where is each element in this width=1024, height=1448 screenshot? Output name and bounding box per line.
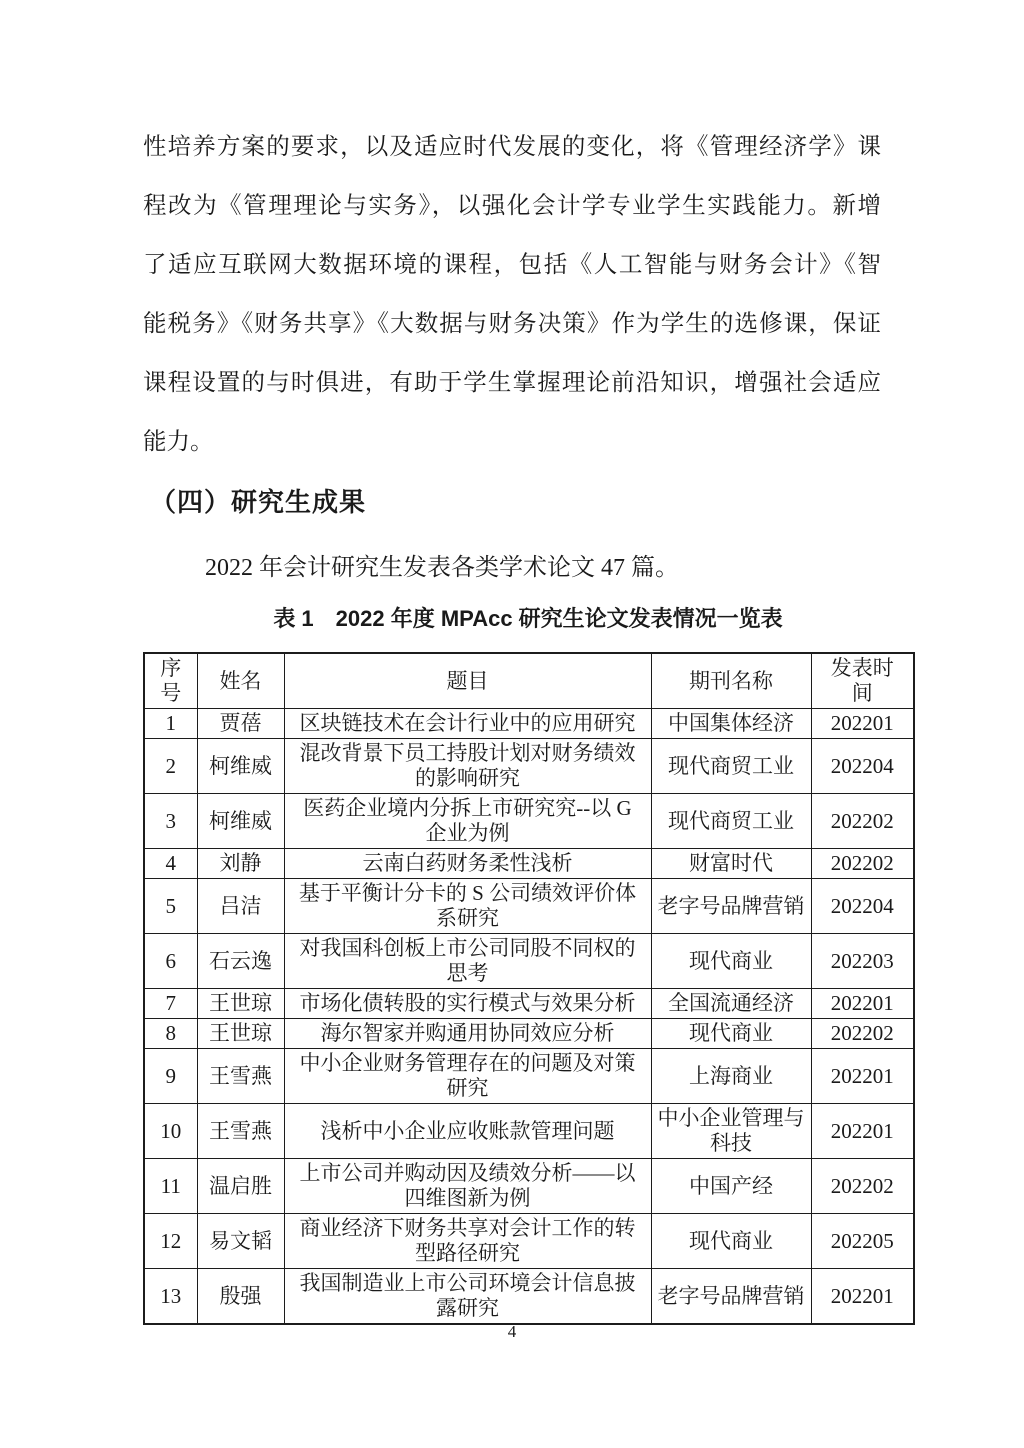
table-row: 12 易文韬 商业经济下财务共享对会计工作的转型路径研究 现代商业 202205 — [144, 1214, 914, 1269]
cell-journal: 现代商业 — [651, 934, 811, 989]
header-publish-date: 发表时间 — [811, 653, 914, 709]
table-row: 6 石云逸 对我国科创板上市公司同股不同权的思考 现代商业 202203 — [144, 934, 914, 989]
cell-title: 医药企业境内分拆上市研究究--以 G 企业为例 — [284, 794, 651, 849]
table-header-row: 序号 姓名 题目 期刊名称 发表时间 — [144, 653, 914, 709]
cell-name: 王世琼 — [197, 1019, 284, 1049]
cell-publish-date: 202201 — [811, 1104, 914, 1159]
cell-journal: 财富时代 — [651, 849, 811, 879]
cell-name: 王雪燕 — [197, 1104, 284, 1159]
body-line: 性培养方案的要求，以及适应时代发展的变化，将《管理经济学》课 — [143, 118, 881, 177]
table-row: 11 温启胜 上市公司并购动因及绩效分析——以四维图新为例 中国产经 20220… — [144, 1159, 914, 1214]
cell-publish-date: 202202 — [811, 794, 914, 849]
table-row: 9 王雪燕 中小企业财务管理存在的问题及对策研究 上海商业 202201 — [144, 1049, 914, 1104]
cell-title: 我国制造业上市公司环境会计信息披露研究 — [284, 1269, 651, 1325]
table-row: 8 王世琼 海尔智家并购通用协同效应分析 现代商业 202202 — [144, 1019, 914, 1049]
cell-journal: 中国集体经济 — [651, 709, 811, 739]
header-serial-number: 序号 — [144, 653, 197, 709]
cell-journal: 老字号品牌营销 — [651, 1269, 811, 1325]
cell-name: 王世琼 — [197, 989, 284, 1019]
section-heading: （四）研究生成果 — [150, 486, 366, 520]
cell-publish-date: 202201 — [811, 709, 914, 739]
cell-publish-date: 202201 — [811, 1049, 914, 1104]
cell-serial-number: 10 — [144, 1104, 197, 1159]
cell-serial-number: 5 — [144, 879, 197, 934]
cell-title: 商业经济下财务共享对会计工作的转型路径研究 — [284, 1214, 651, 1269]
table-row: 13 殷强 我国制造业上市公司环境会计信息披露研究 老字号品牌营销 202201 — [144, 1269, 914, 1325]
header-title: 题目 — [284, 653, 651, 709]
body-line: 了适应互联网大数据环境的课程，包括《人工智能与财务会计》《智 — [143, 236, 881, 295]
summary-paragraph: 2022 年会计研究生发表各类学术论文 47 篇。 — [205, 552, 679, 584]
cell-name: 刘静 — [197, 849, 284, 879]
cell-title: 对我国科创板上市公司同股不同权的思考 — [284, 934, 651, 989]
cell-title: 混改背景下员工持股计划对财务绩效的影响研究 — [284, 739, 651, 794]
cell-title: 区块链技术在会计行业中的应用研究 — [284, 709, 651, 739]
cell-publish-date: 202204 — [811, 879, 914, 934]
cell-journal: 全国流通经济 — [651, 989, 811, 1019]
cell-title: 云南白药财务柔性浅析 — [284, 849, 651, 879]
cell-publish-date: 202205 — [811, 1214, 914, 1269]
cell-publish-date: 202204 — [811, 739, 914, 794]
table-row: 3 柯维威 医药企业境内分拆上市研究究--以 G 企业为例 现代商贸工业 202… — [144, 794, 914, 849]
cell-name: 易文韬 — [197, 1214, 284, 1269]
cell-journal: 现代商业 — [651, 1019, 811, 1049]
table-row: 10 王雪燕 浅析中小企业应收账款管理问题 中小企业管理与科技 202201 — [144, 1104, 914, 1159]
cell-journal: 现代商贸工业 — [651, 739, 811, 794]
table-row: 1 贾蓓 区块链技术在会计行业中的应用研究 中国集体经济 202201 — [144, 709, 914, 739]
document-page: 性培养方案的要求，以及适应时代发展的变化，将《管理经济学》课 程改为《管理理论与… — [0, 0, 1024, 1448]
table-row: 2 柯维威 混改背景下员工持股计划对财务绩效的影响研究 现代商贸工业 20220… — [144, 739, 914, 794]
body-line: 能税务》《财务共享》《大数据与财务决策》作为学生的选修课，保证 — [143, 295, 881, 354]
cell-name: 石云逸 — [197, 934, 284, 989]
cell-publish-date: 202201 — [811, 1269, 914, 1325]
table-header: 序号 姓名 题目 期刊名称 发表时间 — [144, 653, 914, 709]
cell-publish-date: 202202 — [811, 1159, 914, 1214]
header-journal: 期刊名称 — [651, 653, 811, 709]
table-row: 4 刘静 云南白药财务柔性浅析 财富时代 202202 — [144, 849, 914, 879]
cell-serial-number: 4 — [144, 849, 197, 879]
cell-title: 市场化债转股的实行模式与效果分析 — [284, 989, 651, 1019]
cell-publish-date: 202201 — [811, 989, 914, 1019]
cell-publish-date: 202202 — [811, 849, 914, 879]
cell-serial-number: 9 — [144, 1049, 197, 1104]
body-line: 能力。 — [143, 413, 881, 472]
cell-name: 温启胜 — [197, 1159, 284, 1214]
cell-journal: 中小企业管理与科技 — [651, 1104, 811, 1159]
publications-table: 序号 姓名 题目 期刊名称 发表时间 1 贾蓓 区块链技术在会计行业中的应用研究… — [143, 652, 915, 1325]
cell-title: 中小企业财务管理存在的问题及对策研究 — [284, 1049, 651, 1104]
cell-journal: 上海商业 — [651, 1049, 811, 1104]
cell-serial-number: 1 — [144, 709, 197, 739]
cell-serial-number: 6 — [144, 934, 197, 989]
table-caption: 表 1 2022 年度 MPAcc 研究生论文发表情况一览表 — [143, 604, 913, 634]
table-row: 7 王世琼 市场化债转股的实行模式与效果分析 全国流通经济 202201 — [144, 989, 914, 1019]
cell-publish-date: 202202 — [811, 1019, 914, 1049]
cell-title: 浅析中小企业应收账款管理问题 — [284, 1104, 651, 1159]
cell-serial-number: 11 — [144, 1159, 197, 1214]
cell-serial-number: 13 — [144, 1269, 197, 1325]
cell-title: 海尔智家并购通用协同效应分析 — [284, 1019, 651, 1049]
body-line: 课程设置的与时俱进，有助于学生掌握理论前沿知识，增强社会适应 — [143, 354, 881, 413]
cell-name: 殷强 — [197, 1269, 284, 1325]
table-row: 5 吕洁 基于平衡计分卡的 S 公司绩效评价体系研究 老字号品牌营销 20220… — [144, 879, 914, 934]
cell-title: 基于平衡计分卡的 S 公司绩效评价体系研究 — [284, 879, 651, 934]
cell-name: 王雪燕 — [197, 1049, 284, 1104]
cell-serial-number: 8 — [144, 1019, 197, 1049]
cell-title: 上市公司并购动因及绩效分析——以四维图新为例 — [284, 1159, 651, 1214]
cell-journal: 老字号品牌营销 — [651, 879, 811, 934]
cell-name: 吕洁 — [197, 879, 284, 934]
cell-journal: 现代商贸工业 — [651, 794, 811, 849]
cell-name: 柯维威 — [197, 739, 284, 794]
body-line: 程改为《管理理论与实务》，以强化会计学专业学生实践能力。新增 — [143, 177, 881, 236]
cell-serial-number: 12 — [144, 1214, 197, 1269]
cell-serial-number: 3 — [144, 794, 197, 849]
page-number: 4 — [0, 1322, 1024, 1342]
cell-journal: 现代商业 — [651, 1214, 811, 1269]
cell-serial-number: 2 — [144, 739, 197, 794]
body-paragraph: 性培养方案的要求，以及适应时代发展的变化，将《管理经济学》课 程改为《管理理论与… — [143, 118, 881, 472]
cell-name: 贾蓓 — [197, 709, 284, 739]
header-name: 姓名 — [197, 653, 284, 709]
table-body: 1 贾蓓 区块链技术在会计行业中的应用研究 中国集体经济 202201 2 柯维… — [144, 709, 914, 1325]
cell-publish-date: 202203 — [811, 934, 914, 989]
cell-journal: 中国产经 — [651, 1159, 811, 1214]
cell-name: 柯维威 — [197, 794, 284, 849]
cell-serial-number: 7 — [144, 989, 197, 1019]
header-serial-number-label: 序号 — [158, 656, 183, 706]
